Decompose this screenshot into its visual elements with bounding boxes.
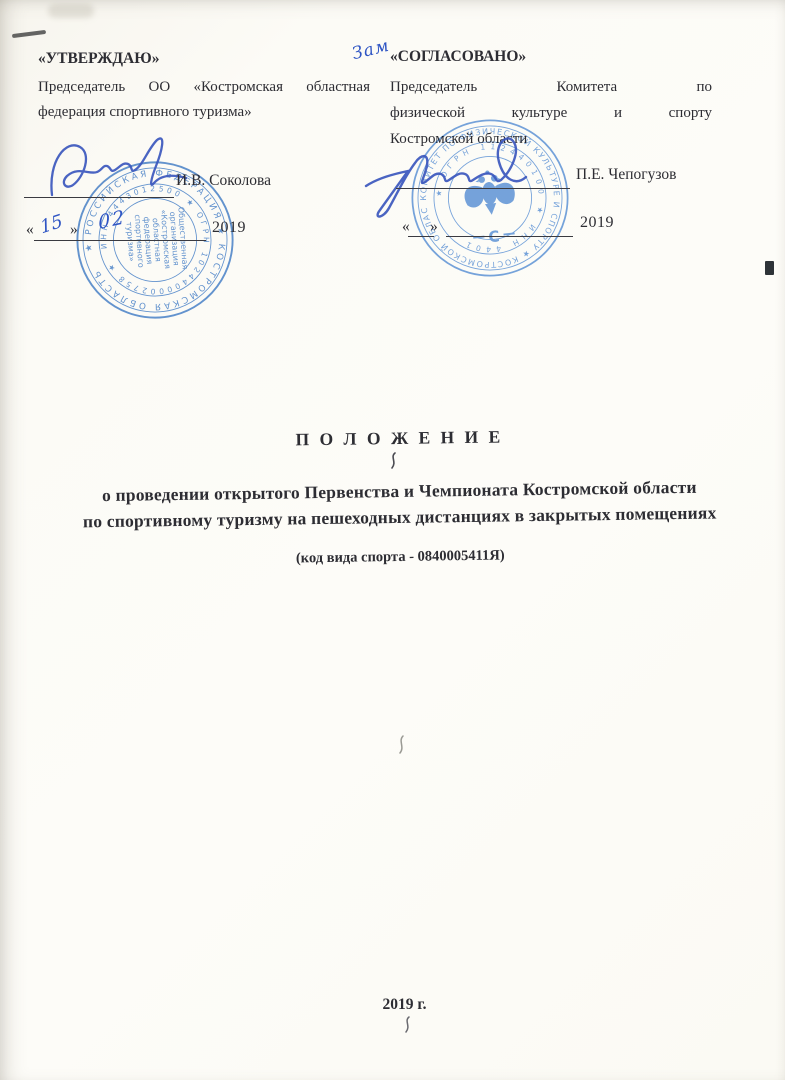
ink-squiggle-mid-page [397, 735, 407, 755]
date-year-right: 2019 [580, 214, 614, 232]
date-close-quote: » [70, 221, 78, 239]
date-line [408, 236, 434, 237]
edge-mark-artifact [765, 261, 774, 275]
signature-line [24, 197, 174, 198]
date-line [446, 236, 573, 237]
signatory-name-right: П.Е. Чепогузов [576, 166, 677, 184]
agree-heading: «СОГЛАСОВАНО» [390, 44, 712, 70]
signature-line [396, 188, 570, 189]
scan-smudge-artifact [48, 4, 94, 18]
handwritten-zam-note: Зам [350, 36, 392, 65]
date-open-quote: « [26, 221, 34, 239]
sport-code: (код вида спорта - 0840005411Я) [8, 543, 785, 571]
document-title: П О Л О Ж Е Н И Е [6, 422, 785, 454]
footer-year: 2019 г. [12, 996, 785, 1014]
approval-block-utverzhdayu: «УТВЕРЖДАЮ» Председатель ОО «Костромская… [38, 46, 370, 125]
approve-body-line: федерация спортивного туризма» [38, 100, 370, 125]
date-open-quote: « [402, 218, 410, 236]
document-subtitle-line: по спортивному туризму на пешеходных дис… [7, 501, 785, 533]
approve-heading: «УТВЕРЖДАЮ» [38, 46, 370, 71]
ink-squiggle-under-title [389, 452, 399, 470]
title-block: П О Л О Ж Е Н И Е о проведении открытого… [0, 0, 785, 5]
approve-body-line: Председатель ОО «Костромская областная [38, 75, 370, 100]
date-line [34, 240, 206, 241]
pen-dash-artifact [12, 30, 46, 38]
agree-body-line: Председатель Комитета по [390, 74, 712, 100]
document-page: «УТВЕРЖДАЮ» Председатель ОО «Костромская… [0, 0, 785, 1080]
chepoguzov-signature [358, 128, 538, 228]
date-year-left: 2019 [212, 219, 246, 237]
handwritten-day: 15 [38, 211, 64, 239]
date-close-quote: » [430, 218, 438, 236]
ink-squiggle-under-footer [403, 1016, 413, 1034]
signatory-name-left: И.В. Соколова [176, 172, 271, 190]
